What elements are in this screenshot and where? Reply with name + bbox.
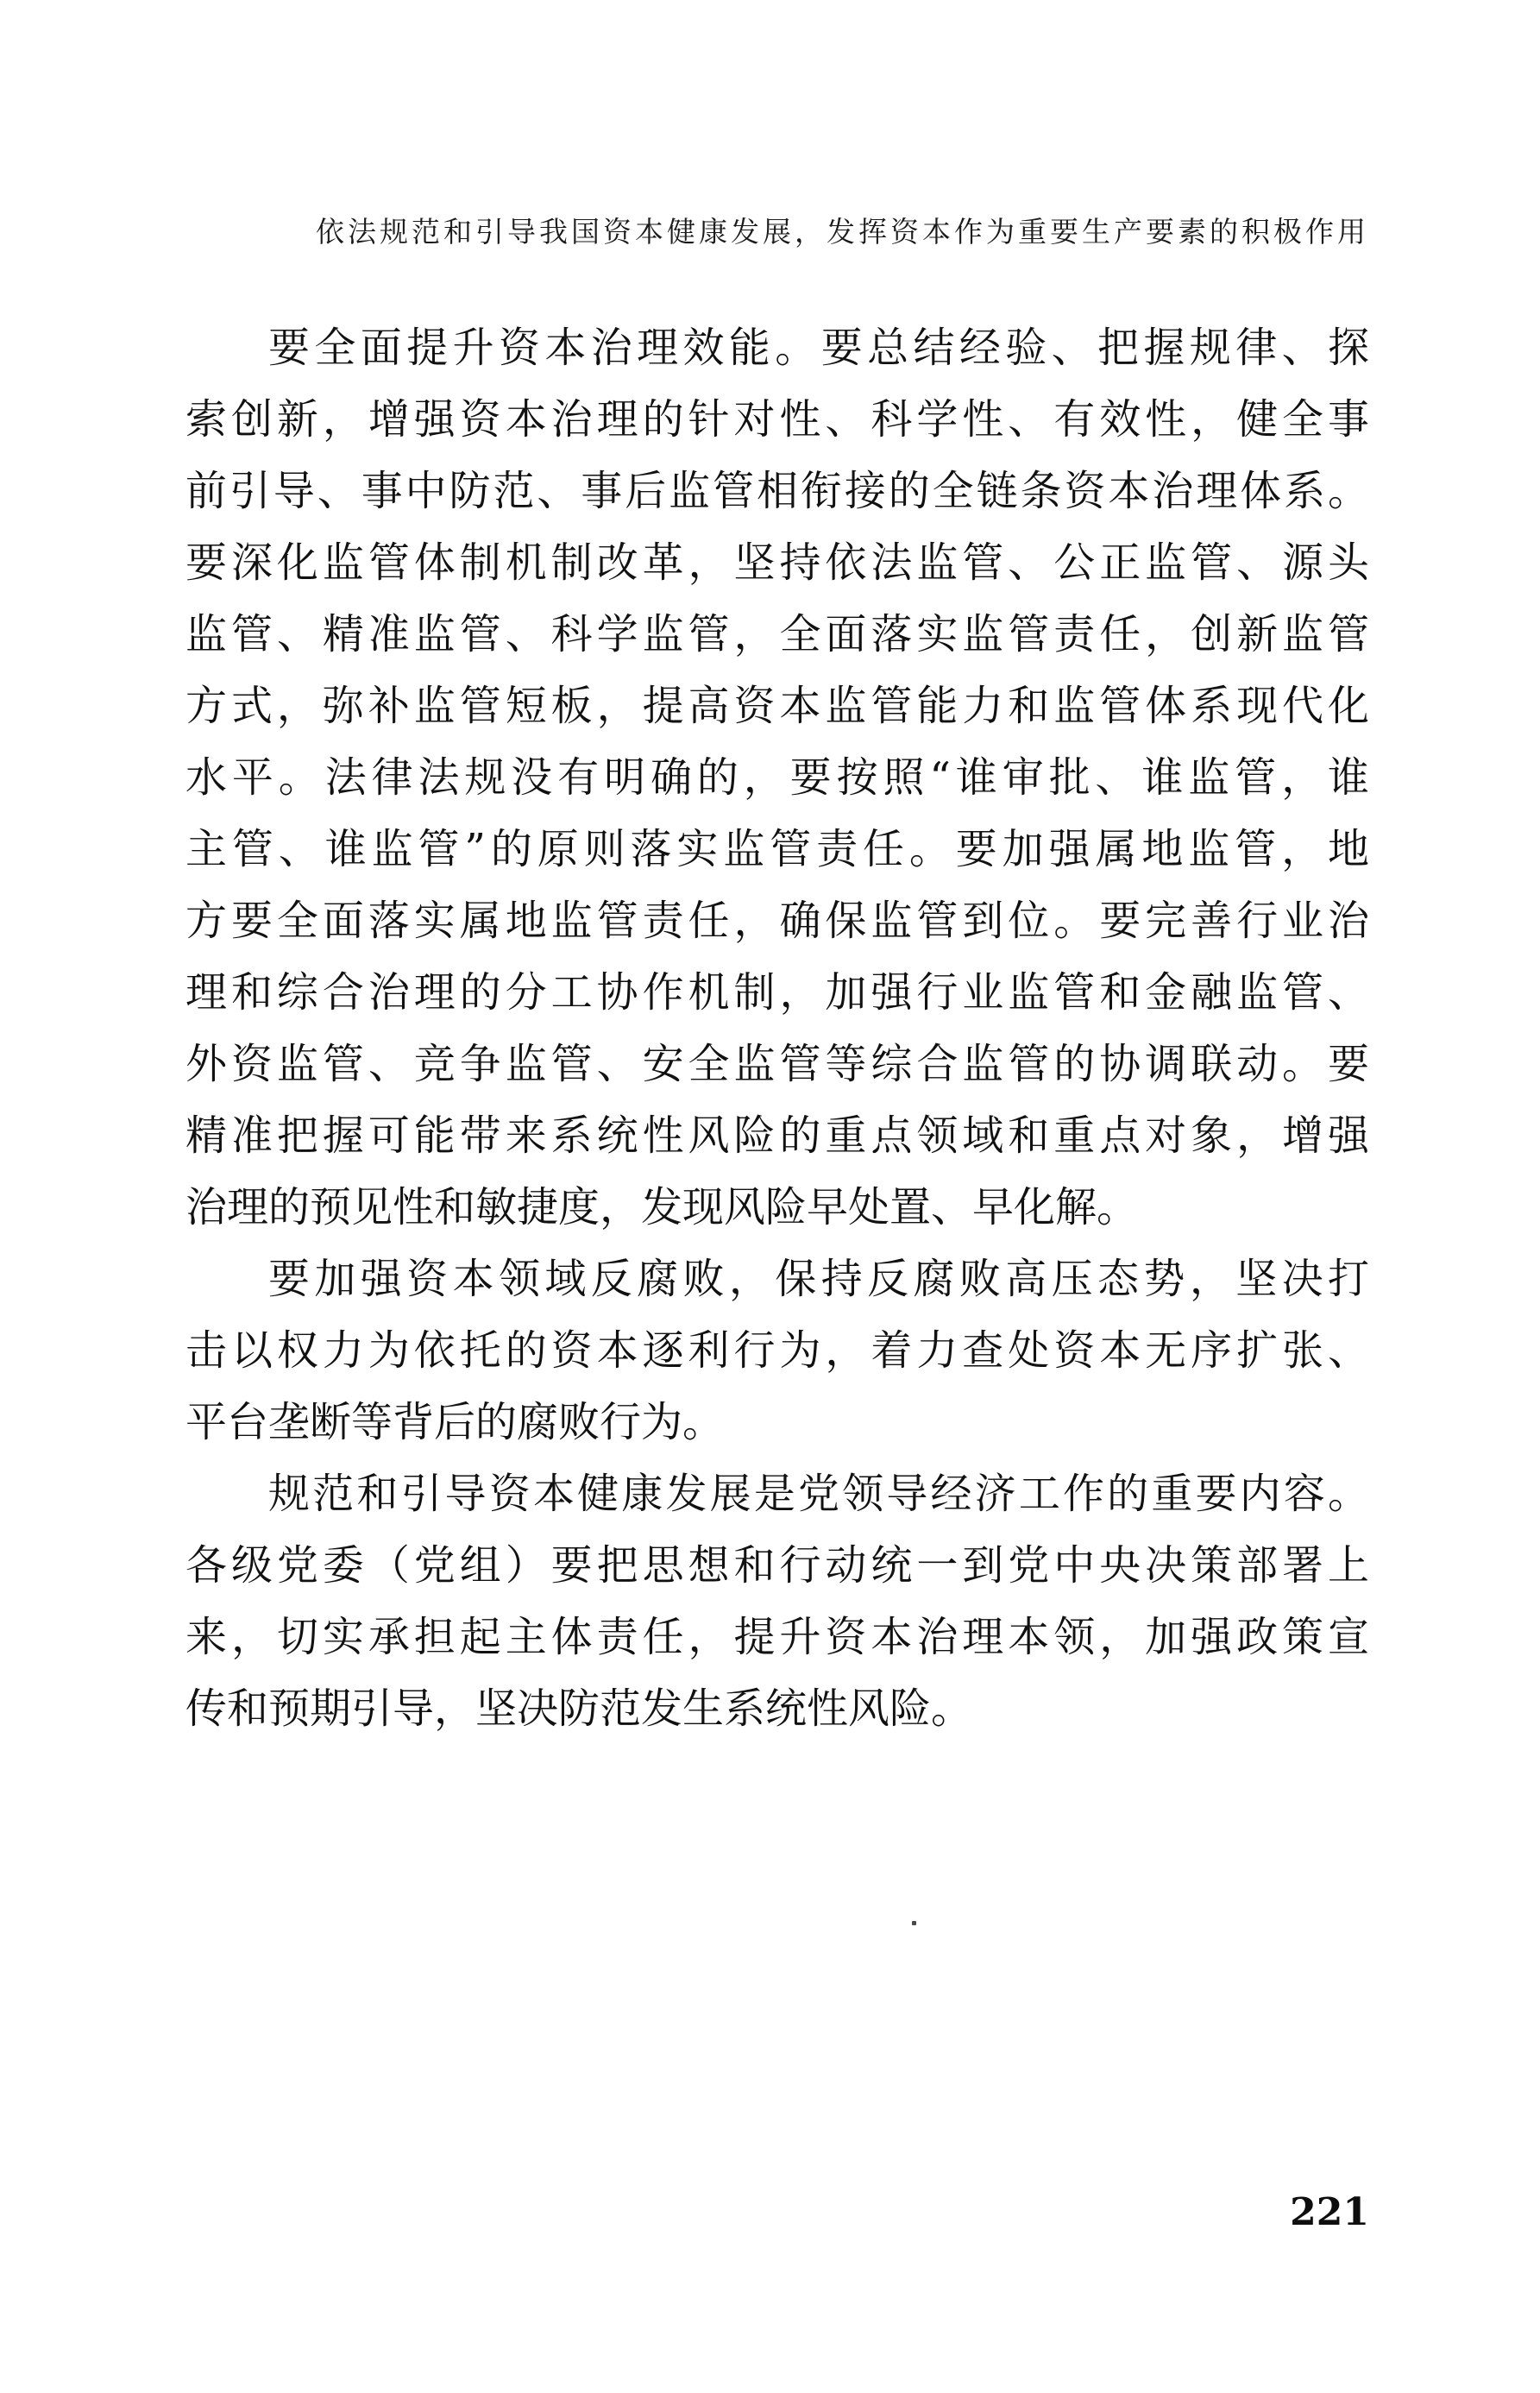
- running-header: 依法规范和引导我国资本健康发展，发挥资本作为重要生产要素的积极作用: [185, 210, 1369, 250]
- body-line: 前引导、事中防范、事后监管相衔接的全链条资本治理体系。: [185, 456, 1369, 527]
- body-line: 主管、谁监管”的原则落实监管责任。要加强属地监管，地: [185, 814, 1369, 885]
- book-page: 依法规范和引导我国资本健康发展，发挥资本作为重要生产要素的积极作用 要全面提升资…: [0, 0, 1540, 2393]
- body-line: 平台垄断等背后的腐败行为。: [185, 1387, 1369, 1458]
- paragraph-1: 要全面提升资本治理效能。要总结经验、把握规律、探 索创新，增强资本治理的针对性、…: [185, 312, 1369, 1244]
- body-line: 击以权力为依托的资本逐利行为，着力查处资本无序扩张、: [185, 1315, 1369, 1387]
- body-text: 要全面提升资本治理效能。要总结经验、把握规律、探 索创新，增强资本治理的针对性、…: [185, 312, 1369, 1745]
- body-line: 精准把握可能带来系统性风险的重点领域和重点对象，增强: [185, 1100, 1369, 1172]
- body-line: 索创新，增强资本治理的针对性、科学性、有效性，健全事: [185, 384, 1369, 456]
- body-line: 治理的预见性和敏捷度，发现风险早处置、早化解。: [185, 1172, 1369, 1244]
- body-line: 来，切实承担起主体责任，提升资本治理本领，加强政策宣: [185, 1602, 1369, 1673]
- body-line: 理和综合治理的分工协作机制，加强行业监管和金融监管、: [185, 957, 1369, 1029]
- scan-artifact-dot: [912, 1921, 916, 1925]
- paragraph-3: 规范和引导资本健康发展是党领导经济工作的重要内容。 各级党委（党组）要把思想和行…: [185, 1458, 1369, 1745]
- body-line: 方式，弥补监管短板，提高资本监管能力和监管体系现代化: [185, 671, 1369, 742]
- page-number: 221: [185, 2190, 1369, 2234]
- body-line: 规范和引导资本健康发展是党领导经济工作的重要内容。: [185, 1458, 1369, 1530]
- body-line: 传和预期引导，坚决防范发生系统性风险。: [185, 1673, 1369, 1745]
- body-line: 要加强资本领域反腐败，保持反腐败高压态势，坚决打: [185, 1244, 1369, 1315]
- body-line: 要深化监管体制机制改革，坚持依法监管、公正监管、源头: [185, 527, 1369, 599]
- body-line: 方要全面落实属地监管责任，确保监管到位。要完善行业治: [185, 885, 1369, 957]
- body-line: 各级党委（党组）要把思想和行动统一到党中央决策部署上: [185, 1530, 1369, 1602]
- paragraph-2: 要加强资本领域反腐败，保持反腐败高压态势，坚决打 击以权力为依托的资本逐利行为，…: [185, 1244, 1369, 1458]
- body-line: 监管、精准监管、科学监管，全面落实监管责任，创新监管: [185, 599, 1369, 671]
- body-line: 水平。法律法规没有明确的，要按照“谁审批、谁监管，谁: [185, 742, 1369, 814]
- body-line: 外资监管、竞争监管、安全监管等综合监管的协调联动。要: [185, 1029, 1369, 1100]
- body-line: 要全面提升资本治理效能。要总结经验、把握规律、探: [185, 312, 1369, 384]
